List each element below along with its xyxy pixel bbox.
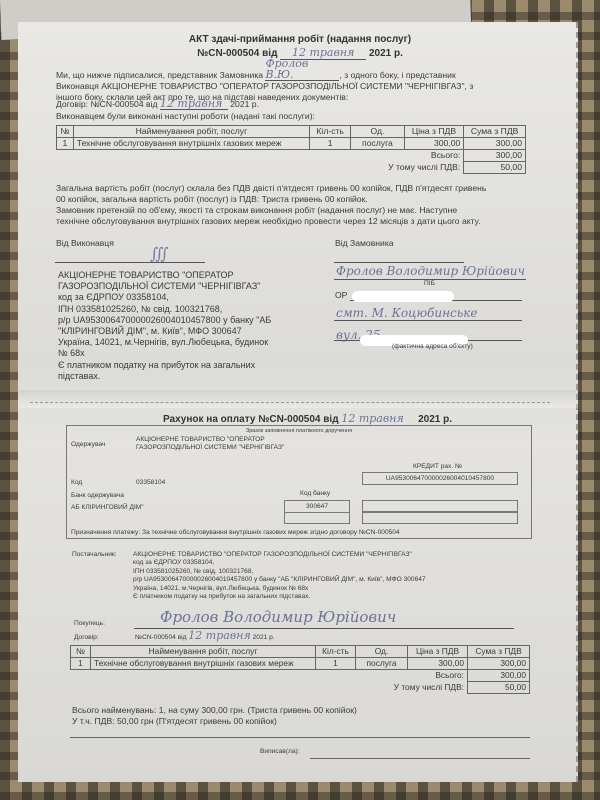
act-intro: Ми, що нижче підписалися, представник За…: [56, 58, 551, 103]
vat-value: 50,00: [464, 162, 526, 174]
invoice-works-table: № Найменування робіт, послуг Кіл-сть Од.…: [70, 645, 530, 694]
issued-by-label: Виписав(ла):: [260, 748, 300, 756]
executor-line: ІПН 033581025260, № свід. 100321768,: [58, 304, 271, 315]
separator-line: [70, 737, 530, 738]
vat-label: У тому числі ПДВ:: [57, 162, 464, 174]
vat-row: У тому числі ПДВ: 50,00: [71, 682, 530, 694]
col-header-name: Найменування робіт, послуг: [91, 646, 316, 658]
payment-purpose: Призначення платежу: За технічне обслуго…: [71, 529, 400, 537]
table-header-row: № Найменування робіт, послуг Кіл-сть Од.…: [71, 646, 530, 658]
cell-unit: послуга: [351, 138, 404, 150]
supplier-line: Є платником податку на прибуток на загал…: [133, 593, 426, 601]
table-row: 1 Технічне обслуговування внутрішніх газ…: [71, 658, 530, 670]
summary-line-3: Замовник претензій по об'єму, якості та …: [56, 205, 548, 216]
total-value: 300,00: [468, 670, 530, 682]
buyer-label: Покупець:: [74, 620, 105, 628]
vat-row: У тому числі ПДВ: 50,00: [57, 162, 526, 174]
cell-name: Технічне обслуговування внутрішніх газов…: [73, 138, 309, 150]
act-contract: Договір: №CN-000504 від 12 травня 2021 р…: [56, 98, 259, 110]
total-label: Всього:: [57, 150, 464, 162]
empty-field: [362, 512, 518, 524]
executor-line: Є платником податку на прибуток на загал…: [58, 360, 271, 371]
account-number-field: UA953006470000026004010457800: [362, 472, 518, 485]
total-items-text: Всього найменувань: 1, на суму 300,00 гр…: [72, 705, 357, 716]
invoice-contract-value: №CN-000504 від: [135, 634, 186, 641]
contract-year: 2021 р.: [230, 99, 259, 109]
col-header-name: Найменування робіт, послуг: [73, 126, 309, 138]
total-vat-text: У т.ч. ПДВ: 50,00 грн (П'ятдесят гривень…: [72, 716, 357, 727]
vat-label: У тому числі ПДВ:: [71, 682, 468, 694]
paper-fold: [18, 390, 578, 408]
executor-line: ГАЗОРОЗПОДІЛЬНОЇ СИСТЕМИ "ЧЕРНІГІВГАЗ": [58, 281, 271, 292]
executor-signature-line: [55, 262, 205, 263]
bank-code-empty-field: [284, 512, 350, 524]
executor-line: АКЦІОНЕРНЕ ТОВАРИСТВО "ОПЕРАТОР: [58, 270, 271, 281]
executor-line: Україна, 14021, м.Чернігів, вул.Любецька…: [58, 337, 271, 348]
cell-qty: 1: [316, 658, 356, 670]
col-header-price: Ціна з ПДВ: [404, 126, 464, 138]
total-row: Всього: 300,00: [71, 670, 530, 682]
works-intro: Виконавцем були виконані наступні роботи…: [56, 111, 315, 122]
executor-line: р/р UA953006470000026004010457800 у банк…: [58, 315, 271, 326]
contract-label: Договір: №CN-000504 від: [56, 99, 158, 109]
customer-signature-line: [334, 262, 464, 263]
customer-pib-caption: ПІБ: [424, 280, 435, 288]
col-header-qty: Кіл-сть: [316, 646, 356, 658]
col-header-sum: Сума з ПДВ: [468, 646, 530, 658]
invoice-contract-date-handwritten: 12 травня: [188, 629, 250, 642]
credit-account-label: КРЕДИТ рах. №: [413, 463, 462, 471]
customer-address-handwritten-1: смт. М. Коцюбинське: [336, 306, 478, 320]
table-header-row: № Найменування робіт, послуг Кіл-сть Од.…: [57, 126, 526, 138]
supplier-label: Постачальник:: [72, 551, 117, 559]
cell-number: 1: [57, 138, 74, 150]
executor-details: АКЦІОНЕРНЕ ТОВАРИСТВО "ОПЕРАТОР ГАЗОРОЗП…: [58, 270, 271, 382]
cell-qty: 1: [310, 138, 351, 150]
recipient-line-1: АКЦІОНЕРНЕ ТОВАРИСТВО "ОПЕРАТОР: [136, 436, 284, 444]
col-header-sum: Сума з ПДВ: [464, 126, 526, 138]
table-row: 1 Технічне обслуговування внутрішніх газ…: [57, 138, 526, 150]
total-row: Всього: 300,00: [57, 150, 526, 162]
summary-line-2: 00 копійок, загальна вартість робіт (пос…: [56, 194, 548, 205]
cell-number: 1: [71, 658, 91, 670]
col-header-unit: Од.: [351, 126, 404, 138]
col-header-number: №: [71, 646, 91, 658]
from-customer-label: Від Замовника: [335, 238, 394, 249]
supplier-line: ІПН 033581025260, № свід. 100321768,: [133, 568, 426, 576]
customer-short-handwritten: Фролов В.Ю.: [265, 58, 339, 81]
from-executor-label: Від Виконавця: [56, 238, 114, 249]
act-works-table: № Найменування робіт, послуг Кіл-сть Од.…: [56, 125, 526, 174]
supplier-details: АКЦІОНЕРНЕ ТОВАРИСТВО "ОПЕРАТОР ГАЗОРОЗП…: [133, 551, 426, 601]
col-header-number: №: [57, 126, 74, 138]
supplier-line: Україна, 14021, м.Чернігів, вул.Любецька…: [133, 585, 426, 593]
intro-line-1: Ми, що нижче підписалися, представник За…: [56, 70, 263, 80]
cell-price: 300,00: [404, 138, 464, 150]
bank-name: АБ КЛІРИНГОВИЙ ДІМ": [71, 504, 144, 512]
invoice-date-handwritten: 12 травня: [341, 412, 415, 426]
payment-sample-caption: Зразок заповнення платіжного доручення: [66, 427, 532, 435]
supplier-line: р/р UA953006470000026004010457800 у банк…: [133, 576, 426, 584]
customer-address-line-1: [334, 320, 522, 321]
invoice-contract-year: 2021 р.: [253, 634, 275, 641]
cell-price: 300,00: [408, 658, 468, 670]
supplier-line: АКЦІОНЕРНЕ ТОВАРИСТВО "ОПЕРАТОР ГАЗОРОЗП…: [133, 551, 426, 559]
cell-sum: 300,00: [464, 138, 526, 150]
cell-name: Технічне обслуговування внутрішніх газов…: [91, 658, 316, 670]
code-value: 03358104: [136, 479, 165, 487]
total-label: Всього:: [71, 670, 468, 682]
supplier-line: код за ЄДРПОУ 03358104,: [133, 559, 426, 567]
invoice-title-text: Рахунок на оплату №CN-000504 від: [163, 414, 339, 425]
recipient-label: Одержувач: [71, 441, 105, 449]
summary-line-4: технічне обслуговування внутрішніх газов…: [56, 216, 548, 227]
executor-line: підставах.: [58, 371, 271, 382]
cell-unit: послуга: [356, 658, 408, 670]
act-title: АКТ здачі-приймання робіт (надання послу…: [40, 34, 560, 45]
recipient-line-2: ГАЗОРОЗПОДІЛЬНОЇ СИСТЕМИ "ЧЕРНІГІВГАЗ": [136, 444, 284, 452]
buyer-handwritten: Фролов Володимир Юрійович: [160, 608, 396, 626]
invoice-contract-label: Договір:: [74, 634, 99, 642]
code-label: Код: [71, 479, 82, 487]
executor-line: № 68х: [58, 348, 271, 359]
col-header-unit: Од.: [356, 646, 408, 658]
executor-line: "КЛІРИНГОВИЙ ДІМ", м. Київ", МФО 300647: [58, 326, 271, 337]
executor-line: код за ЄДРПОУ 03358104,: [58, 292, 271, 303]
vat-value: 50,00: [468, 682, 530, 694]
customer-address-caption: (фактична адреса об'єкту): [392, 343, 473, 351]
tear-line: [30, 402, 550, 403]
invoice-title: Рахунок на оплату №CN-000504 від 12 трав…: [163, 412, 452, 426]
invoice-totals: Всього найменувань: 1, на суму 300,00 гр…: [72, 705, 357, 727]
summary-line-1: Загальна вартість робіт (послуг) склала …: [56, 183, 548, 194]
total-value: 300,00: [464, 150, 526, 162]
redaction: [352, 291, 454, 302]
col-header-price: Ціна з ПДВ: [408, 646, 468, 658]
customer-name-handwritten: Фролов Володимир Юрійович: [336, 264, 525, 278]
executor-signature: ∭: [150, 244, 169, 263]
col-header-qty: Кіл-сть: [310, 126, 351, 138]
issued-by-line: [310, 758, 530, 759]
act-summary: Загальна вартість робіт (послуг) склала …: [56, 183, 548, 227]
customer-or-label: ОР: [335, 290, 347, 301]
empty-field: [362, 500, 518, 512]
bank-code-label: Код банку: [300, 490, 330, 498]
invoice-year: 2021 р.: [418, 414, 452, 425]
intro-line-1-end: , з одного боку, і представник: [339, 70, 455, 80]
contract-date-handwritten: 12 травня: [160, 98, 228, 110]
recipient-name: АКЦІОНЕРНЕ ТОВАРИСТВО "ОПЕРАТОР ГАЗОРОЗП…: [136, 436, 284, 452]
invoice-contract: №CN-000504 від 12 травня 2021 р.: [135, 632, 275, 642]
cell-sum: 300,00: [468, 658, 530, 670]
bank-label: Банк одержувача: [71, 492, 124, 500]
intro-line-2: Виконавця АКЦІОНЕРНЕ ТОВАРИСТВО "ОПЕРАТО…: [56, 81, 551, 92]
